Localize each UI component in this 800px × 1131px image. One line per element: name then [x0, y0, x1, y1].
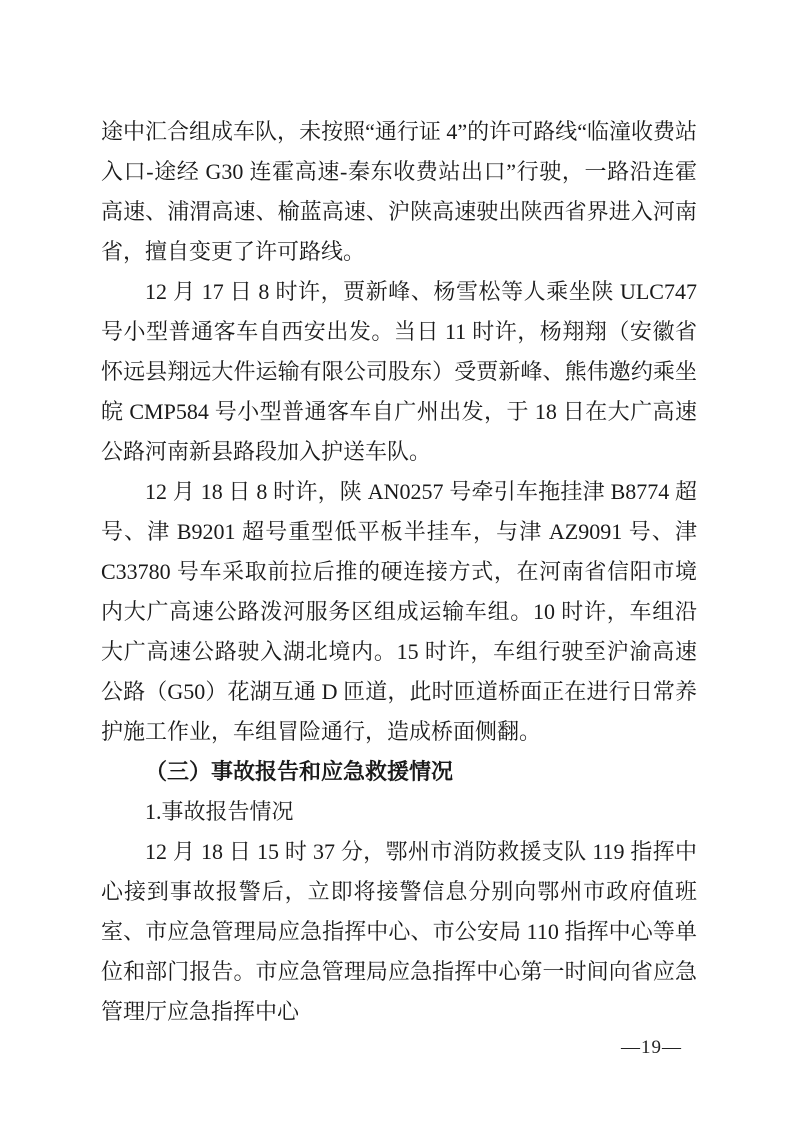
paragraph-report-notification: 12 月 18 日 15 时 37 分，鄂州市消防救援支队 119 指挥中心接到… [101, 832, 697, 1032]
page-number: —19— [621, 1036, 682, 1060]
subsection-heading-accident-report: 1.事故报告情况 [101, 792, 697, 832]
paragraph-escort-departure: 12 月 17 日 8 时许，贾新峰、杨雪松等人乘坐陕 ULC747 号小型普通… [101, 272, 697, 472]
paragraph-route-violation-continuation: 途中汇合组成车队，未按照“通行证 4”的许可路线“临潼收费站入口-途经 G30 … [101, 112, 697, 272]
paragraph-convoy-accident: 12 月 18 日 8 时许，陕 AN0257 号牵引车拖挂津 B8774 超号… [101, 472, 697, 752]
document-body: 途中汇合组成车队，未按照“通行证 4”的许可路线“临潼收费站入口-途经 G30 … [101, 112, 697, 1032]
section-heading-accident-report-rescue: （三）事故报告和应急救援情况 [101, 752, 697, 792]
document-page: 途中汇合组成车队，未按照“通行证 4”的许可路线“临潼收费站入口-途经 G30 … [0, 0, 800, 1131]
